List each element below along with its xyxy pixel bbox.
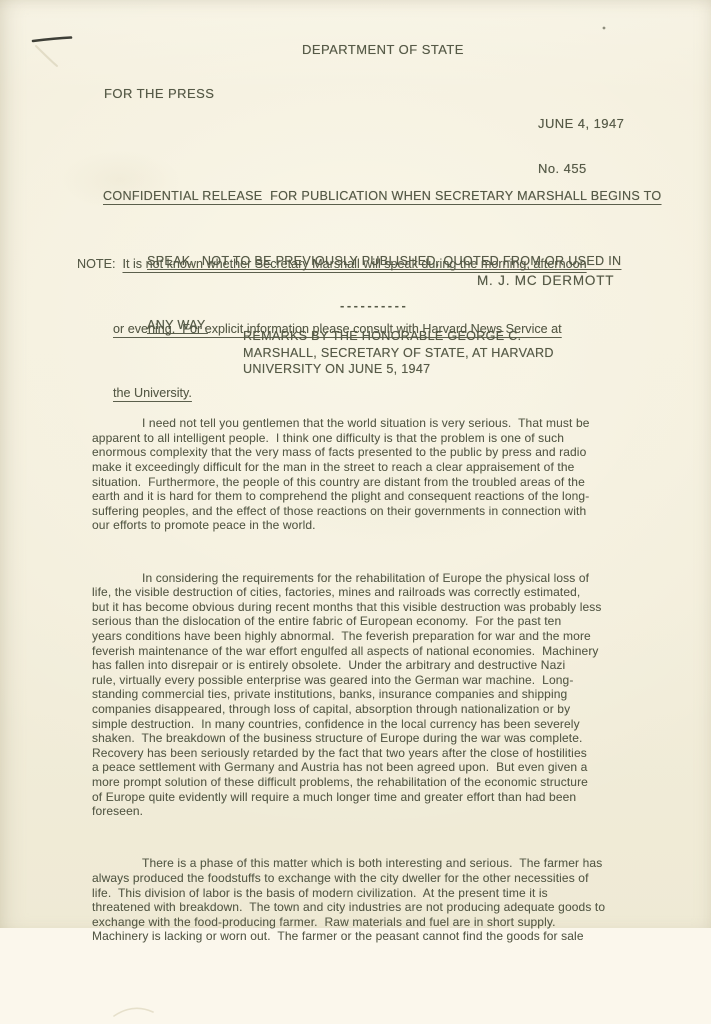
release-date: JUNE 4, 1947 xyxy=(538,116,624,131)
note-line: It is not known whether Secretary Marsha… xyxy=(122,257,586,271)
speech-body: I need not tell you gentlemen that the w… xyxy=(92,387,696,973)
speech-title: REMARKS BY THE HONORABLE GEORGE C. MARSH… xyxy=(243,328,554,378)
note-label: NOTE: xyxy=(77,257,122,271)
press-officer-name: M. J. MC DERMOTT xyxy=(477,273,614,288)
document-header-title: DEPARTMENT OF STATE xyxy=(302,42,464,57)
for-the-press-label: FOR THE PRESS xyxy=(104,86,214,101)
speech-paragraph-3: There is a phase of this matter which is… xyxy=(92,856,696,944)
scanned-press-release: DEPARTMENT OF STATE FOR THE PRESS JUNE 4… xyxy=(0,0,711,1024)
bottom-faint-mark xyxy=(114,1008,153,1016)
separator-dashes: ---------- xyxy=(340,298,408,313)
confidential-notice-line: CONFIDENTIAL RELEASE FOR PUBLICATION WHE… xyxy=(103,186,662,208)
speech-paragraph-2: In considering the requirements for the … xyxy=(92,571,696,819)
speech-paragraph-1: I need not tell you gentlemen that the w… xyxy=(92,416,696,533)
